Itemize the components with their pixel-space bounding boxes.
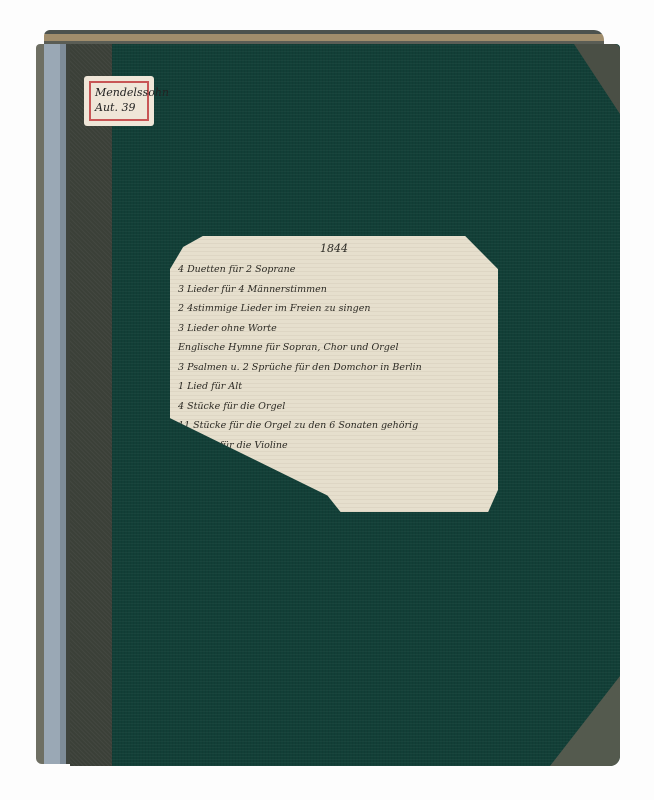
- contents-line: 2 4stimmige Lieder im Freien zu singen: [178, 299, 492, 319]
- book-spine-cloth: [70, 44, 114, 766]
- shelf-mark-label: Mendelssohn Aut. 39: [84, 76, 154, 126]
- notebook: Mendelssohn Aut. 39 1844 4 Duetten für 2…: [30, 30, 622, 770]
- contents-year: 1844: [320, 242, 348, 255]
- worn-corner-bottom-right: [550, 676, 620, 766]
- contents-line: 1 Lied für Alt: [178, 377, 492, 397]
- worn-corner-top-right: [574, 44, 620, 114]
- contents-line: 4 Stücke für die Orgel: [178, 397, 492, 417]
- contents-line: 3 Lieder ohne Worte: [178, 319, 492, 339]
- contents-line: 4 Duetten für 2 Soprane: [178, 260, 492, 280]
- shelf-mark-frame: Mendelssohn Aut. 39: [89, 81, 149, 121]
- contents-line: 3 Psalmen u. 2 Sprüche für den Domchor i…: [178, 358, 492, 378]
- contents-line: Englische Hymne für Sopran, Chor und Org…: [178, 338, 492, 358]
- contents-list: 4 Duetten für 2 Soprane 3 Lieder für 4 M…: [178, 260, 492, 455]
- shelf-mark-line-2: Aut. 39: [95, 101, 135, 114]
- book-spine-edge: [36, 44, 70, 764]
- contents-line: 3 Lieder für 4 Männerstimmen: [178, 280, 492, 300]
- contents-line: 11 Stücke für die Orgel zu den 6 Sonaten…: [178, 416, 492, 436]
- shelf-mark-line-1: Mendelssohn: [95, 86, 169, 99]
